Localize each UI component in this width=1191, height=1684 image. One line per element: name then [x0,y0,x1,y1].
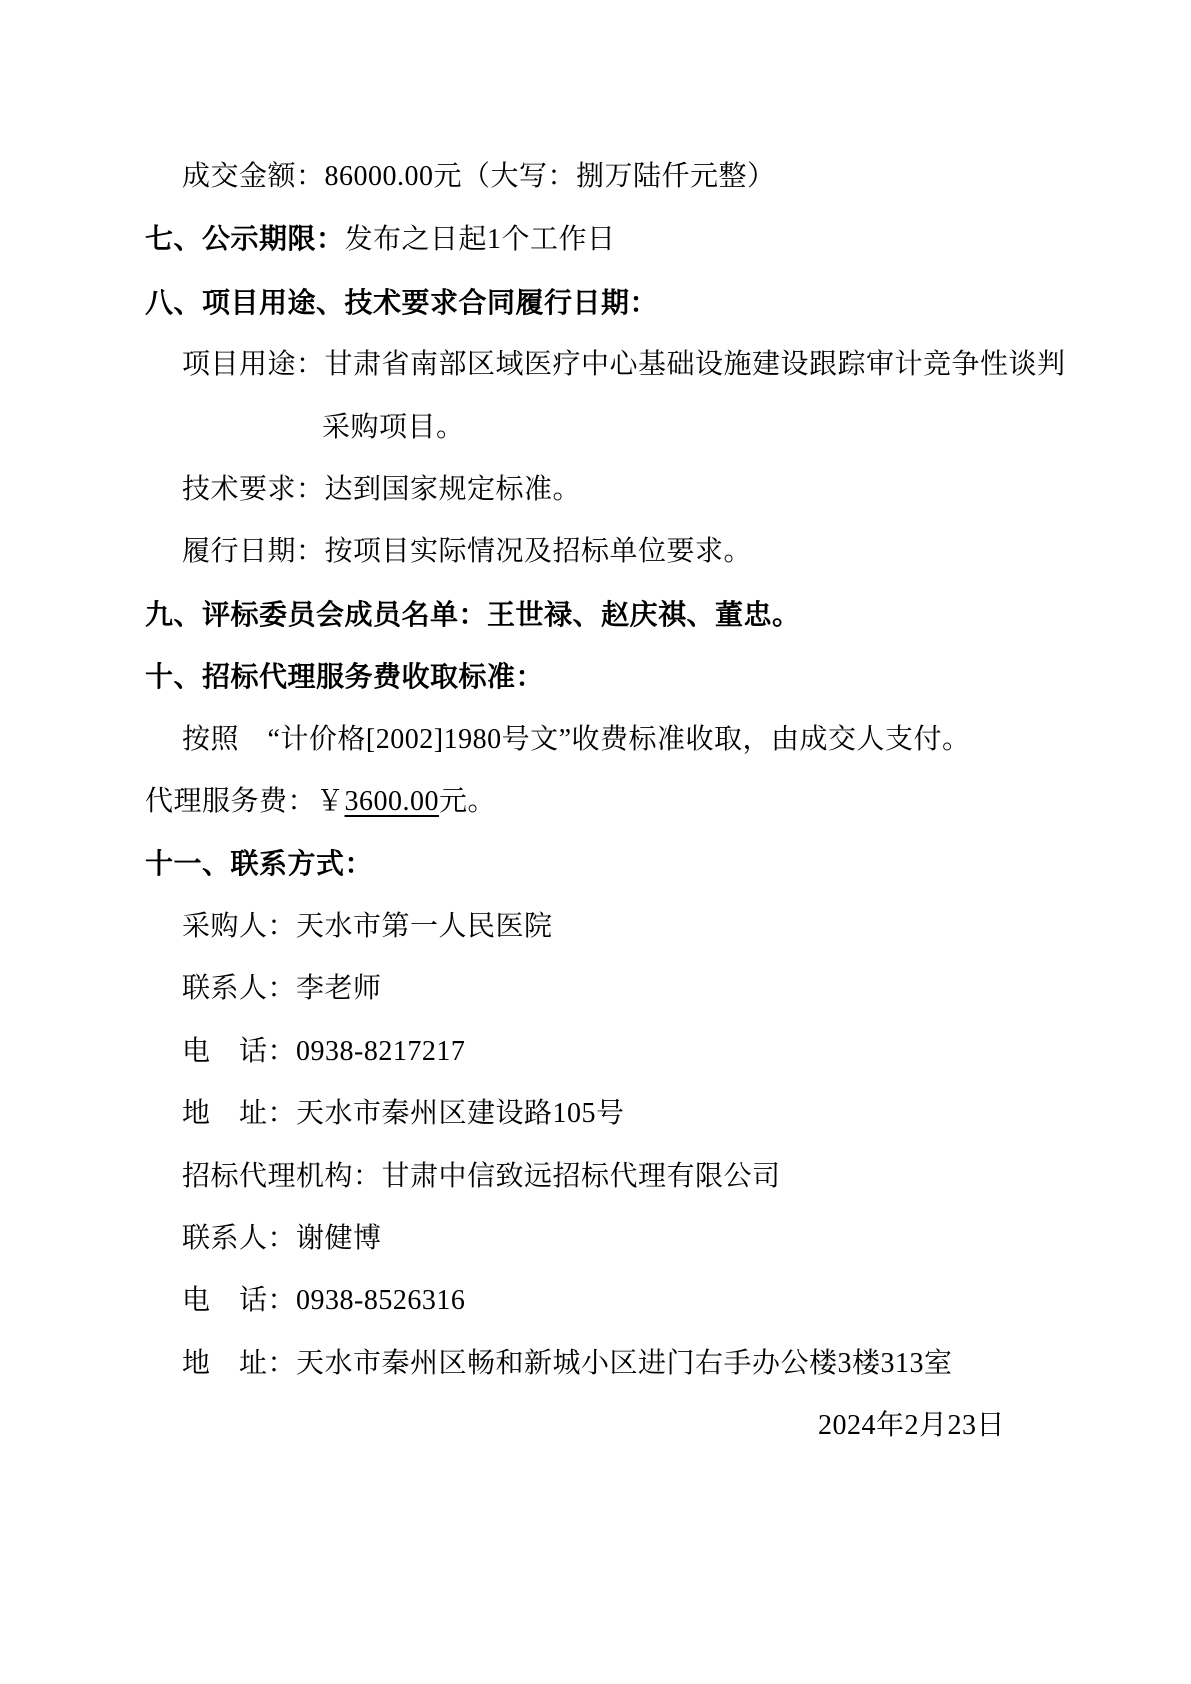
purchaser-line: 采购人：天水市第一人民医院 [145,896,1047,958]
agency-fee-amount: 3600.00 [345,786,440,817]
tech-requirement-line: 技术要求：达到国家规定标准。 [145,459,1047,521]
document-body: 成交金额：86000.00元（大写：捌万陆仟元整） 七、公示期限：发布之日起1个… [145,146,1047,1458]
evaluation-committee-heading: 九、评标委员会成员名单：王世禄、赵庆祺、董忠。 [145,584,1047,646]
document-date-line: 2024年2月23日 [145,1395,1047,1457]
performance-date-line: 履行日期：按项目实际情况及招标单位要求。 [145,521,1047,583]
agency-phone-line: 电 话：0938-8526316 [145,1270,1047,1332]
agency-contact-line: 联系人：谢健博 [145,1208,1047,1270]
contact-section-heading: 十一、联系方式： [145,833,1047,895]
publicity-period-value: 发布之日起1个工作日 [345,224,616,255]
agency-fee-suffix: 元。 [439,786,496,817]
document-page: 成交金额：86000.00元（大写：捌万陆仟元整） 七、公示期限：发布之日起1个… [0,0,1191,1684]
agency-fee-prefix: 代理服务费：￥ [145,786,345,817]
agency-fee-standard-heading: 十、招标代理服务费收取标准： [145,646,1047,708]
project-usage-wrap-line: 采购项目。 [145,397,1047,459]
agency-fee-line: 代理服务费：￥3600.00元。 [145,771,1047,833]
purchaser-address-line: 地 址：天水市秦州区建设路105号 [145,1083,1047,1145]
deal-amount-line: 成交金额：86000.00元（大写：捌万陆仟元整） [145,146,1047,208]
publicity-period-line: 七、公示期限：发布之日起1个工作日 [145,208,1047,271]
agency-name-line: 招标代理机构：甘肃中信致远招标代理有限公司 [145,1146,1047,1208]
agency-address-line: 地 址：天水市秦州区畅和新城小区进门右手办公楼3楼313室 [145,1333,1047,1395]
project-usage-line: 项目用途：甘肃省南部区域医疗中心基础设施建设跟踪审计竞争性谈判 [145,334,1047,396]
project-usage-section-heading: 八、项目用途、技术要求合同履行日期： [145,272,1047,334]
purchaser-contact-line: 联系人：李老师 [145,958,1047,1020]
publicity-period-heading: 七、公示期限： [145,223,345,254]
purchaser-phone-line: 电 话：0938-8217217 [145,1021,1047,1083]
fee-basis-line: 按照 “计价格[2002]1980号文”收费标准收取，由成交人支付。 [145,709,1047,771]
